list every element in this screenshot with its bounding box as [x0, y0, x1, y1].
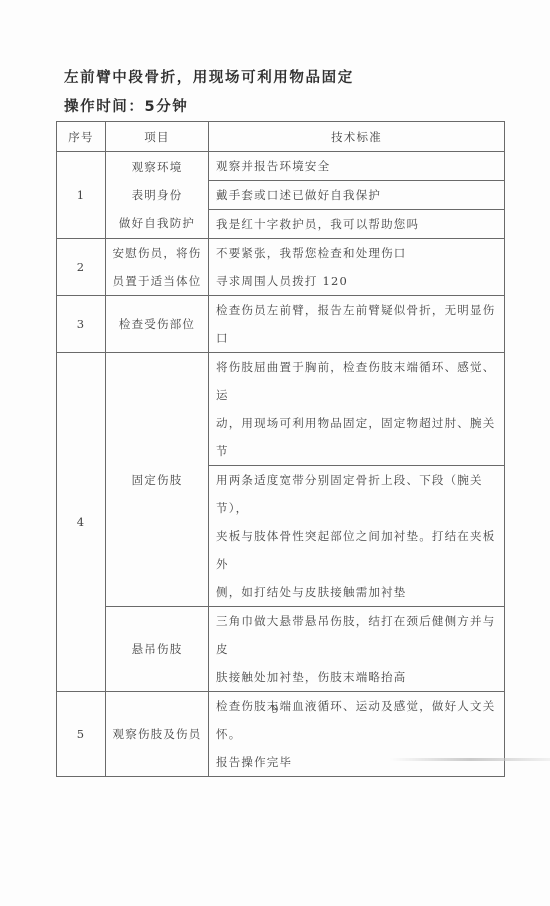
technical-standards-table: 序号 项目 技术标准 1 观察环境 表明身份 做好自我防护 观察并报告环境安全 … [56, 121, 505, 777]
standard-line: 动，用现场可利用物品固定，固定物超过肘、腕关节 [216, 409, 500, 465]
row-4-item-sling-limb: 悬吊伤肢 [106, 607, 209, 692]
row-2-item-line: 员置于适当体位 [106, 267, 208, 295]
row-1-item-line: 表明身份 [106, 181, 208, 209]
row-1-no: 1 [57, 152, 106, 239]
header-item: 项目 [106, 122, 209, 152]
standard-line: 肤接触处加衬垫，伤肢末端略抬高 [216, 663, 500, 691]
row-1-item: 观察环境 表明身份 做好自我防护 [106, 152, 209, 239]
row-2-item-line: 安慰伤员，将伤 [106, 239, 208, 267]
header-no: 序号 [57, 122, 106, 152]
row-4-fix-standard-2: 用两条适度宽带分别固定骨折上段、下段（腕关节）， 夹板与肢体骨性突起部位之间加衬… [209, 466, 505, 607]
row-2-standard: 不要紧张，我帮您检查和处理伤口 寻求周围人员拨打 120 [209, 239, 505, 296]
standard-line: 侧，如打结处与皮肤接触需加衬垫 [216, 578, 500, 606]
table-row-4: 4 固定伤肢 将伤肢屈曲置于胸前，检查伤肢末端循环、感觉、运 动，用现场可利用物… [57, 353, 505, 466]
row-2-standard-line: 不要紧张，我帮您检查和处理伤口 [216, 239, 500, 267]
row-3-no: 3 [57, 296, 106, 353]
standard-line: 将伤肢屈曲置于胸前，检查伤肢末端循环、感觉、运 [216, 353, 500, 409]
document-title: 左前臂中段骨折，用现场可利用物品固定 [64, 66, 354, 87]
standard-line: 检查伤肢末端血液循环、运动及感觉，做好人文关怀。 [216, 692, 500, 748]
row-4-sling-standard: 三角巾做大悬带悬吊伤肢，结打在颈后健侧方并与皮 肤接触处加衬垫，伤肢末端略抬高 [209, 607, 505, 692]
row-1-standard-1: 观察并报告环境安全 [209, 152, 505, 181]
header-standard: 技术标准 [209, 122, 505, 152]
row-4-fix-standard-1: 将伤肢屈曲置于胸前，检查伤肢末端循环、感觉、运 动，用现场可利用物品固定，固定物… [209, 353, 505, 466]
row-2-standard-line: 寻求周围人员拨打 120 [216, 267, 500, 295]
row-3-standard: 检查伤员左前臂，报告左前臂疑似骨折，无明显伤口 [209, 296, 505, 353]
standard-line: 用两条适度宽带分别固定骨折上段、下段（腕关节）， [216, 466, 500, 522]
row-2-no: 2 [57, 239, 106, 296]
table-subrow: 悬吊伤肢 三角巾做大悬带悬吊伤肢，结打在颈后健侧方并与皮 肤接触处加衬垫，伤肢末… [57, 607, 505, 692]
page-number: 9 [0, 703, 550, 716]
table-header-row: 序号 项目 技术标准 [57, 122, 505, 152]
table-row-3: 3 检查受伤部位 检查伤员左前臂，报告左前臂疑似骨折，无明显伤口 [57, 296, 505, 353]
standard-line: 报告操作完毕 [216, 748, 500, 776]
standard-line: 三角巾做大悬带悬吊伤肢，结打在颈后健侧方并与皮 [216, 607, 500, 663]
row-1-standard-2: 戴手套或口述已做好自我保护 [209, 181, 505, 210]
row-1-item-line: 观察环境 [106, 153, 208, 181]
standard-line: 夹板与肢体骨性突起部位之间加衬垫。打结在夹板外 [216, 522, 500, 578]
row-4-no: 4 [57, 353, 106, 692]
scan-artifact [390, 758, 550, 761]
table-row-2: 2 安慰伤员，将伤 员置于适当体位 不要紧张，我帮您检查和处理伤口 寻求周围人员… [57, 239, 505, 296]
operation-time: 操作时间：5分钟 [64, 95, 188, 116]
row-3-item: 检查受伤部位 [106, 296, 209, 353]
row-2-item: 安慰伤员，将伤 员置于适当体位 [106, 239, 209, 296]
table-row-1: 1 观察环境 表明身份 做好自我防护 观察并报告环境安全 [57, 152, 505, 181]
row-1-item-line: 做好自我防护 [106, 209, 208, 237]
row-1-standard-3: 我是红十字救护员，我可以帮助您吗 [209, 210, 505, 239]
row-4-item-fix-limb: 固定伤肢 [106, 353, 209, 607]
